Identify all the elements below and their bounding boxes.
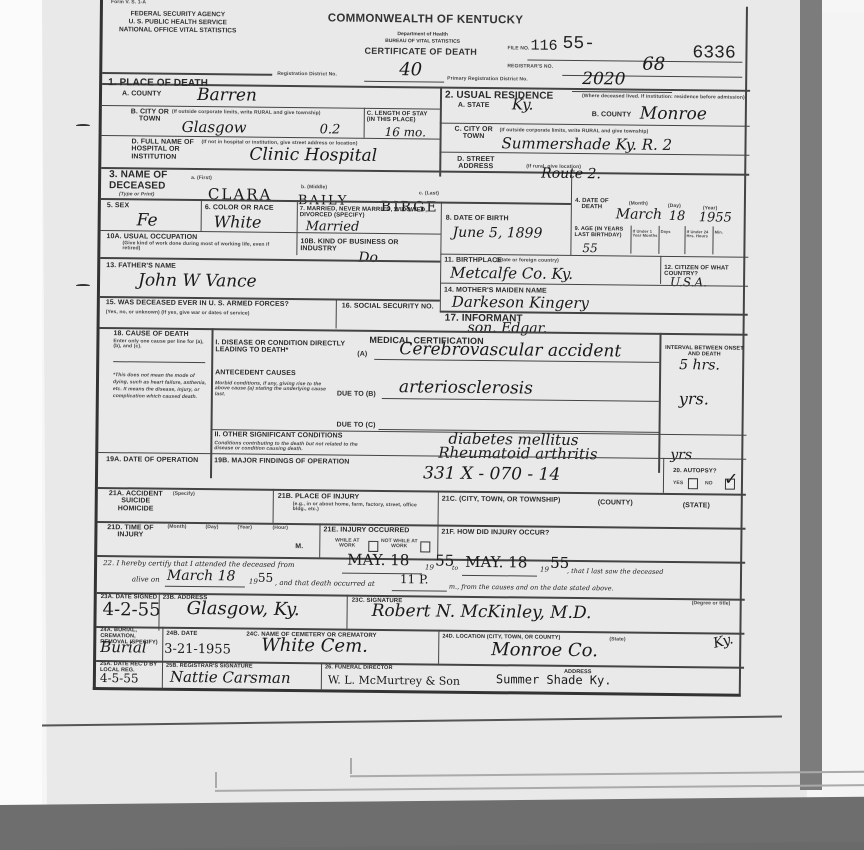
place-of-death-label: 1. PLACE OF DEATH: [108, 78, 208, 90]
rule: [273, 489, 274, 523]
hospital-label: d. FULL NAME OF HOSPITAL OR INSTITUTION: [131, 138, 206, 161]
year-prefix: 19: [540, 567, 549, 574]
race: White: [214, 214, 262, 231]
attended-from: MAY. 18: [347, 553, 409, 569]
alive-year: 55: [258, 572, 273, 585]
birthplace: Metcalfe Co. Ky.: [450, 266, 573, 283]
alive-date: March 18: [167, 569, 236, 584]
file-no-year: 55-: [562, 35, 595, 54]
page-tick: [215, 772, 217, 788]
last-label: c. (Last): [419, 191, 439, 196]
residence-county-label: b. COUNTY: [592, 111, 631, 119]
hospital: Clinic Hospital: [249, 147, 377, 166]
antecedent-label: ANTECEDENT CAUSES: [215, 369, 296, 377]
rule: [571, 175, 572, 213]
age-hours-label: If Under 24 Hrs. Hours: [687, 230, 712, 239]
interval-b: yrs.: [679, 391, 709, 408]
rule: [210, 328, 214, 478]
stay: 16 mo.: [385, 126, 426, 139]
rule: [440, 202, 442, 312]
signature: Robert N. McKinley, M.D.: [372, 603, 592, 623]
adjacent-page-edge: [822, 12, 864, 812]
page-tick: [350, 758, 352, 774]
age-days-label: Days: [661, 230, 685, 234]
place-of-injury-label: 21b. PLACE OF INJURY: [278, 493, 360, 501]
funeral-address: Summer Shade Ky.: [496, 673, 612, 687]
date-signed: 4-2-55: [103, 601, 161, 620]
rule: [165, 586, 245, 588]
year-prefix: 19: [249, 579, 258, 586]
certificate-title: CERTIFICATE OF DEATH: [364, 47, 477, 58]
death-certificate: Form V. S. 1-A FEDERAL SECURITY AGENCY U…: [93, 0, 748, 697]
autopsy-no-checkbox[interactable]: ✓: [725, 479, 735, 490]
cemetery: White Cem.: [261, 637, 368, 657]
rule: [319, 523, 320, 557]
funeral-director: W. L. McMurtrey & Son: [328, 674, 460, 687]
rule: [570, 213, 571, 255]
rule: [201, 199, 202, 231]
part2-note: Conditions contributing to the death but…: [214, 441, 374, 453]
year-prefix: 19: [425, 564, 434, 571]
while-at-work-label: WHILE AT WORK: [327, 538, 367, 549]
rule: [658, 333, 661, 473]
death-time: 11 P.: [400, 573, 429, 586]
scanner-bed-edge: [0, 797, 864, 850]
time-hour-label: (Hour): [272, 526, 288, 531]
age-label: 9. AGE (In years last birthday): [575, 227, 625, 239]
punch-mark: [76, 284, 90, 287]
location-state-label: (State): [609, 637, 625, 642]
document-title: COMMONWEALTH OF KENTUCKY: [328, 12, 524, 26]
registrar-no: 68: [642, 56, 665, 75]
condition-2: Rheumatoid arthritis: [438, 446, 597, 463]
part1-label: I. DISEASE OR CONDITION DIRECTLY LEADING…: [215, 339, 365, 355]
autopsy-yes-label: YES: [673, 481, 683, 486]
primary-district: 2020: [582, 71, 625, 89]
rule: [158, 593, 159, 631]
rule: [336, 298, 337, 328]
left-margin: [0, 0, 42, 820]
burial-date: 3-21-1955: [164, 643, 231, 657]
death-city-extra: 0.2: [320, 123, 341, 137]
informant: son. Edgar.: [468, 321, 548, 337]
cause-label: 18. CAUSE OF DEATH: [113, 330, 188, 338]
death-county: Barren: [197, 87, 257, 105]
occupation-note: (Give kind of work done during most of w…: [122, 241, 282, 253]
age-months-label: If Under 1 Year Months: [633, 230, 658, 239]
registrar-signature: Nattie Carsman: [170, 670, 291, 687]
recd-date: 4-5-55: [100, 672, 139, 685]
rule: [98, 521, 746, 530]
antecedent-note: Morbid conditions, if any, giving rise t…: [215, 381, 330, 398]
cause-code: 331 X - 070 - 14: [423, 465, 560, 484]
rule: [364, 81, 444, 83]
rule: [321, 662, 322, 690]
burial-location: Monroe Co.: [491, 641, 598, 661]
accident-label: 21a. ACCIDENT SUICIDE HOMICIDE: [106, 490, 166, 513]
agency-block: FEDERAL SECURITY AGENCY U. S. PUBLIC HEA…: [103, 10, 253, 36]
cause-a: Cerebrovascular accident: [399, 341, 621, 361]
residence-county: Monroe: [640, 106, 707, 125]
rule: [438, 630, 439, 664]
funeral-director-label: 26. FUNERAL DIRECTOR: [325, 665, 393, 671]
attended-to: MAY. 18: [465, 555, 527, 571]
business: Do: [358, 251, 378, 266]
death-year: 1955: [699, 211, 732, 225]
not-while-at-work-label: NOT WHILE AT WORK: [380, 539, 418, 550]
primary-district-label: Primary Registration District No.: [447, 77, 528, 83]
rule: [712, 226, 713, 254]
place-of-injury-note: (e.g., in or about home, farm, factory, …: [293, 502, 428, 514]
rule: [98, 487, 746, 496]
residence-city: Summershade Ky. R. 2: [501, 136, 672, 154]
state-label: a. STATE: [458, 102, 490, 110]
first-label: a. (First): [191, 176, 212, 181]
father-label: 13. FATHER'S NAME: [106, 262, 176, 270]
cert-address: Glasgow, Ky.: [187, 600, 300, 620]
time-month-label: (Month): [167, 525, 186, 530]
time-m-label: m.: [295, 543, 303, 550]
rule: [364, 108, 365, 138]
usual-residence-label: 2. USUAL RESIDENCE: [445, 91, 553, 103]
autopsy-no-label: NO: [705, 481, 713, 486]
burial-date-label: 24b. DATE: [166, 631, 197, 638]
form-code: Form V. S. 1-A: [111, 0, 146, 6]
race-label: 6. COLOR OR RACE: [205, 204, 274, 212]
punch-mark: [76, 124, 90, 127]
residence-state: Ky.: [512, 97, 534, 113]
name-note: (Type or Print): [119, 192, 155, 198]
degree-label: (Degree or title): [692, 601, 731, 607]
birthplace-note: (State or foreign country): [496, 258, 559, 264]
not-while-at-work-checkbox[interactable]: [420, 541, 430, 552]
time-year-label: (Year): [237, 525, 252, 530]
burial-location-state: Ky.: [712, 632, 735, 651]
armed-forces-note: (Yes, no, or unknown) (If yes, give war …: [106, 310, 326, 318]
rule: [113, 361, 205, 363]
bureau: BUREAU OF VITAL STATISTICS: [348, 38, 498, 46]
death-city: Glasgow: [182, 120, 247, 136]
binding-strip: [800, 0, 822, 790]
rule: [462, 575, 537, 577]
cause-note: Enter only one cause per line for (a), (…: [113, 339, 208, 350]
injury-occurred-label: 21e. INJURY OCCURRED: [323, 526, 409, 534]
middle-label: b. (Middle): [301, 185, 327, 191]
file-no-prefix: 116: [530, 39, 557, 55]
date-of-death-label: 4. DATE OF DEATH: [575, 198, 609, 211]
rule: [382, 398, 659, 402]
injury-state-label: (STATE): [683, 502, 710, 510]
county-label: a. COUNTY: [122, 90, 161, 98]
residence-city-label: c. CITY OR TOWN: [454, 126, 494, 141]
how-injury-label: 21f. HOW DID INJURY OCCUR?: [441, 529, 549, 537]
rule: [102, 72, 272, 76]
rule: [663, 458, 664, 493]
to-label: to: [452, 566, 458, 572]
rule: [660, 256, 661, 284]
cause-footnote: *This does not mean the mode of dying, s…: [113, 372, 207, 401]
city-note: (If outside corporate limits, write RURA…: [172, 110, 332, 117]
file-no-label: FILE NO.: [507, 46, 529, 51]
sex-label: 5. SEX: [107, 202, 129, 210]
registrar-no-label: REGISTRAR'S NO.: [507, 64, 553, 70]
time-of-injury-label: 21d. TIME OF INJURY: [105, 524, 155, 539]
father: John W Vance: [138, 272, 257, 291]
city-label: b. CITY OR TOWN: [130, 108, 170, 123]
part2-label: II. OTHER SIGNIFICANT CONDITIONS: [214, 431, 342, 440]
interval-conditions: yrs: [670, 448, 692, 463]
ssn-label: 16. SOCIAL SECURITY NO.: [342, 303, 437, 311]
interval-a: 5 hrs.: [679, 358, 720, 373]
autopsy-yes-checkbox[interactable]: [688, 478, 698, 489]
cert-text-4: m., from the causes and on the date stat…: [449, 584, 614, 593]
sex: Fe: [137, 212, 158, 230]
rule: [439, 87, 442, 177]
accident-specify: (Specify): [173, 492, 195, 497]
death-day: 18: [669, 210, 686, 224]
rule: [392, 590, 447, 592]
checkmark-icon: ✓: [724, 472, 738, 490]
operation-date-label: 19a. DATE OF OPERATION: [106, 456, 206, 464]
birth-label: 8. DATE OF BIRTH: [446, 215, 509, 223]
autopsy-label: 20. AUTOPSY?: [673, 468, 717, 475]
cause-b: arteriosclerosis: [399, 379, 533, 398]
marital-label: 7. MARRIED, NEVER MARRIED, WIDOWED, DIVO…: [300, 206, 440, 220]
age-min-label: Min.: [715, 230, 745, 235]
rule: [630, 226, 631, 254]
b-label: DUE TO (b): [337, 391, 376, 399]
name-label: 3. NAME OF DECEASED: [109, 170, 199, 192]
cert-text-3: , and that death occurred at: [275, 580, 375, 588]
rule: [162, 661, 163, 689]
stay-label: c. LENGTH OF STAY (in this place): [367, 111, 437, 124]
agency-line: NATIONAL OFFICE VITAL STATISTICS: [103, 26, 253, 36]
operation-findings-label: 19b. MAJOR FINDINGS OF OPERATION: [214, 457, 349, 466]
residence-note: (Where deceased lived. If institution: r…: [582, 94, 747, 101]
registration-district-label: Registration District No.: [277, 72, 337, 78]
injury-county-label: (COUNTY): [598, 499, 633, 507]
mother: Darkeson Kingery: [452, 295, 589, 312]
alive-label: alive on: [132, 576, 160, 584]
age: 55: [582, 242, 597, 255]
injury-city-label: 21c. (CITY, TOWN, OR TOWNSHIP): [442, 496, 561, 505]
citizen: U.S.A.: [670, 276, 707, 289]
c-label: DUE TO (c): [337, 422, 376, 430]
rule: [658, 226, 659, 254]
a-label: (a): [357, 351, 367, 358]
registration-district: 40: [399, 61, 422, 80]
rule: [346, 595, 347, 629]
street-label: d. STREET ADDRESS: [453, 156, 498, 171]
birth: June 5, 1899: [453, 226, 543, 242]
death-month: March: [616, 207, 662, 222]
burial-type: Burial: [100, 640, 147, 656]
time-day-label: (Day): [205, 525, 218, 530]
rule: [296, 200, 298, 255]
cert-text-2: , that I last saw the deceased: [567, 568, 663, 576]
